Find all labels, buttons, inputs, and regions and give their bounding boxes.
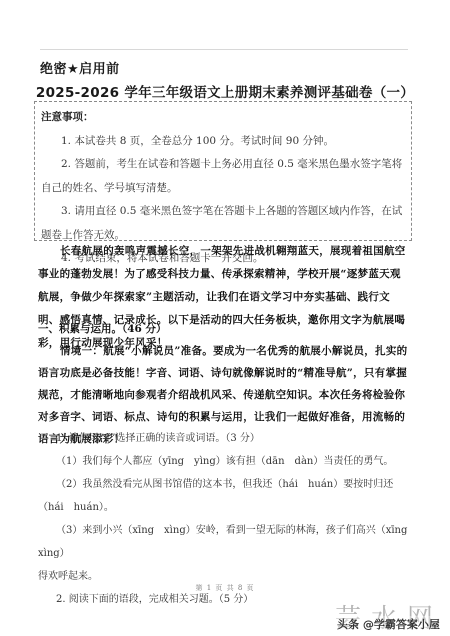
watermark-handle: 头条 @学霸答案小屋: [337, 616, 440, 632]
intro-paragraph: 长春航展的轰鸣声震撼长空，一架架先进战机翱翔蓝天，展现着祖国航空事业的蓬勃发展！…: [38, 240, 410, 355]
question-item: （3）来到小兴（xīng xìng）安岭，看到一望无际的林海，孩子们高兴（xīn…: [38, 519, 412, 565]
question-item: （2）我虽然没看完从图书馆借的这本书，但我还（hái huán）要按时归还（há…: [38, 473, 412, 519]
section-heading: 一、积累与运用。（46 分）: [38, 321, 167, 336]
header-rule: [40, 49, 408, 50]
notice-item: 1. 本试卷共 8 页，全卷总分 100 分。考试时间 90 分钟。: [41, 130, 405, 154]
page-number: 第 1 页 共 8 页: [0, 583, 450, 593]
question-item: （1）我们每个人都应（yīng yìng）该有担（dān dàn）当责任的勇气。: [38, 450, 412, 473]
question-item: 1. 请你用“√”选择正确的读音或词语。（3 分）: [38, 427, 412, 450]
exam-title: 2025-2026 学年三年级语文上册期末素养测评基础卷（一）: [0, 81, 450, 101]
notice-item: 2. 答题前，考生在试卷和答题卡上务必用直径 0.5 毫米黑色墨水签字笔将自己的…: [41, 153, 405, 200]
notice-heading: 注意事项：: [41, 106, 405, 130]
notice-box: 注意事项： 1. 本试卷共 8 页，全卷总分 100 分。考试时间 90 分钟。…: [34, 101, 412, 241]
watermark: 芸水网 头条 @学霸答案小屋: [333, 598, 450, 636]
confidential-label: 绝密★启用前: [40, 58, 120, 77]
